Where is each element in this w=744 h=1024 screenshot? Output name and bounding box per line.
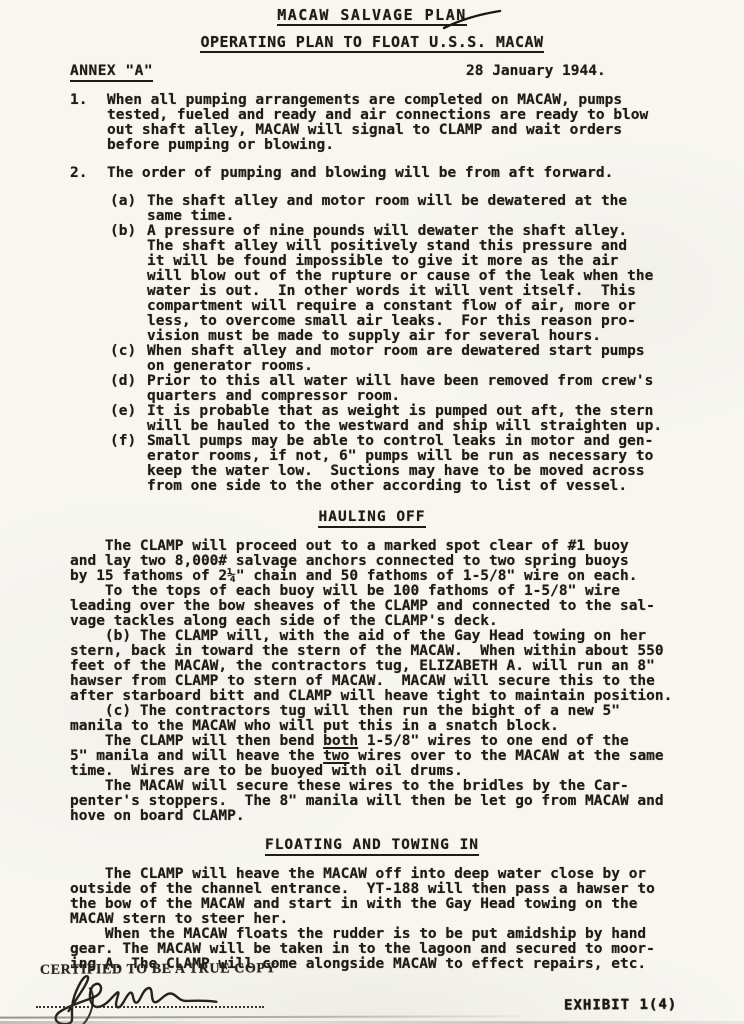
item-text: When shaft alley and motor room are dewa…	[147, 344, 674, 374]
text-run: To the tops of each buoy will be 100 fat…	[70, 583, 655, 629]
text-run: The CLAMP will then bend	[70, 733, 323, 749]
exhibit-stamp: EXHIBIT 1(4)	[564, 998, 677, 1014]
annex-label: ANNEX "A"	[70, 64, 153, 82]
title-row: MACAW SALVAGE PLAN	[0, 8, 744, 35]
text-run: Small pumps may be able to control leaks…	[147, 433, 653, 494]
text-run: (b) The CLAMP will, with the aid of the …	[70, 628, 672, 704]
item-letter: (a)	[110, 194, 147, 224]
list-item: (b)A pressure of nine pounds will dewate…	[110, 224, 674, 344]
paragraph: (b) The CLAMP will, with the aid of the …	[70, 629, 674, 704]
item-text: Prior to this all water will have been r…	[147, 374, 674, 404]
signature-dotted-line	[36, 1006, 264, 1008]
section-heading: HAULING OFF	[318, 510, 425, 528]
item-text: A pressure of nine pounds will dewater t…	[147, 224, 674, 344]
text-run: The CLAMP will proceed out to a marked s…	[70, 538, 637, 584]
text-run: The CLAMP will heave the MACAW off into …	[70, 866, 655, 927]
list-item: 2.The order of pumping and blowing will …	[70, 166, 674, 181]
section-heading-row: HAULING OFF	[70, 510, 674, 528]
item-text: Small pumps may be able to control leaks…	[147, 434, 674, 494]
section-heading: FLOATING AND TOWING IN	[265, 838, 479, 856]
document-title: MACAW SALVAGE PLAN	[277, 8, 467, 26]
subtitle-row: OPERATING PLAN TO FLOAT U.S.S. MACAW	[0, 35, 744, 64]
item-text: The order of pumping and blowing will be…	[107, 166, 674, 181]
text-run: It is probable that as weight is pumped …	[147, 403, 662, 434]
item-text: It is probable that as weight is pumped …	[147, 404, 674, 434]
text-run: Prior to this all water will have been r…	[147, 373, 653, 404]
list-item: (a)The shaft alley and motor room will b…	[110, 194, 674, 224]
list-item: (d)Prior to this all water will have bee…	[110, 374, 674, 404]
item-number: 2.	[70, 166, 107, 181]
item-letter: (e)	[110, 404, 147, 434]
paragraph: The CLAMP will then bend both 1-5/8" wir…	[70, 734, 674, 779]
numbered-list: 1.When all pumping arrangements are comp…	[70, 93, 674, 181]
list-item: (f)Small pumps may be able to control le…	[110, 434, 674, 494]
item-number: 1.	[70, 93, 107, 153]
document-body: 1.When all pumping arrangements are comp…	[70, 93, 674, 972]
text-run: The shaft alley and motor room will be d…	[147, 193, 627, 224]
list-item: (c)When shaft alley and motor room are d…	[110, 344, 674, 374]
paragraph: (c) The contractors tug will then run th…	[70, 704, 674, 734]
item-letter: (c)	[110, 344, 147, 374]
section-paragraphs: The CLAMP will proceed out to a marked s…	[70, 539, 674, 824]
item-letter: (b)	[110, 224, 147, 344]
section-hauling-off: HAULING OFF The CLAMP will proceed out t…	[70, 510, 674, 824]
text-run: When all pumping arrangements are comple…	[107, 92, 648, 153]
text-run: (c) The contractors tug will then run th…	[70, 703, 620, 734]
underlined-word: two	[323, 748, 349, 764]
paragraph: The CLAMP will proceed out to a marked s…	[70, 539, 674, 584]
paragraph: The CLAMP will heave the MACAW off into …	[70, 867, 674, 927]
text-run: The order of pumping and blowing will be…	[107, 165, 613, 181]
text-run: When shaft alley and motor room are dewa…	[147, 343, 645, 374]
document-subtitle: OPERATING PLAN TO FLOAT U.S.S. MACAW	[200, 35, 543, 53]
signature-handwriting	[29, 960, 281, 1024]
item-letter: (d)	[110, 374, 147, 404]
underlined-word: both	[323, 733, 358, 749]
document-date: 28 January 1944.	[466, 64, 606, 79]
item-letter: (f)	[110, 434, 147, 494]
section-paragraphs: The CLAMP will heave the MACAW off into …	[70, 867, 674, 972]
item-text: The shaft alley and motor room will be d…	[147, 194, 674, 224]
section-floating-towing: FLOATING AND TOWING IN The CLAMP will he…	[70, 838, 674, 972]
pen-mark-stroke	[440, 4, 510, 34]
lettered-sublist: (a)The shaft alley and motor room will b…	[110, 194, 674, 494]
paragraph: The MACAW will secure these wires to the…	[70, 779, 674, 824]
item-text: When all pumping arrangements are comple…	[107, 93, 674, 153]
annex-row: ANNEX "A" 28 January 1944.	[70, 64, 674, 82]
section-heading-row: FLOATING AND TOWING IN	[70, 838, 674, 856]
list-item: (e)It is probable that as weight is pump…	[110, 404, 674, 434]
text-run: A pressure of nine pounds will dewater t…	[147, 223, 653, 344]
list-item: 1.When all pumping arrangements are comp…	[70, 93, 674, 153]
paragraph: To the tops of each buoy will be 100 fat…	[70, 584, 674, 629]
text-run: The MACAW will secure these wires to the…	[70, 778, 664, 824]
scanned-document-page: MACAW SALVAGE PLAN OPERATING PLAN TO FLO…	[0, 0, 744, 1024]
